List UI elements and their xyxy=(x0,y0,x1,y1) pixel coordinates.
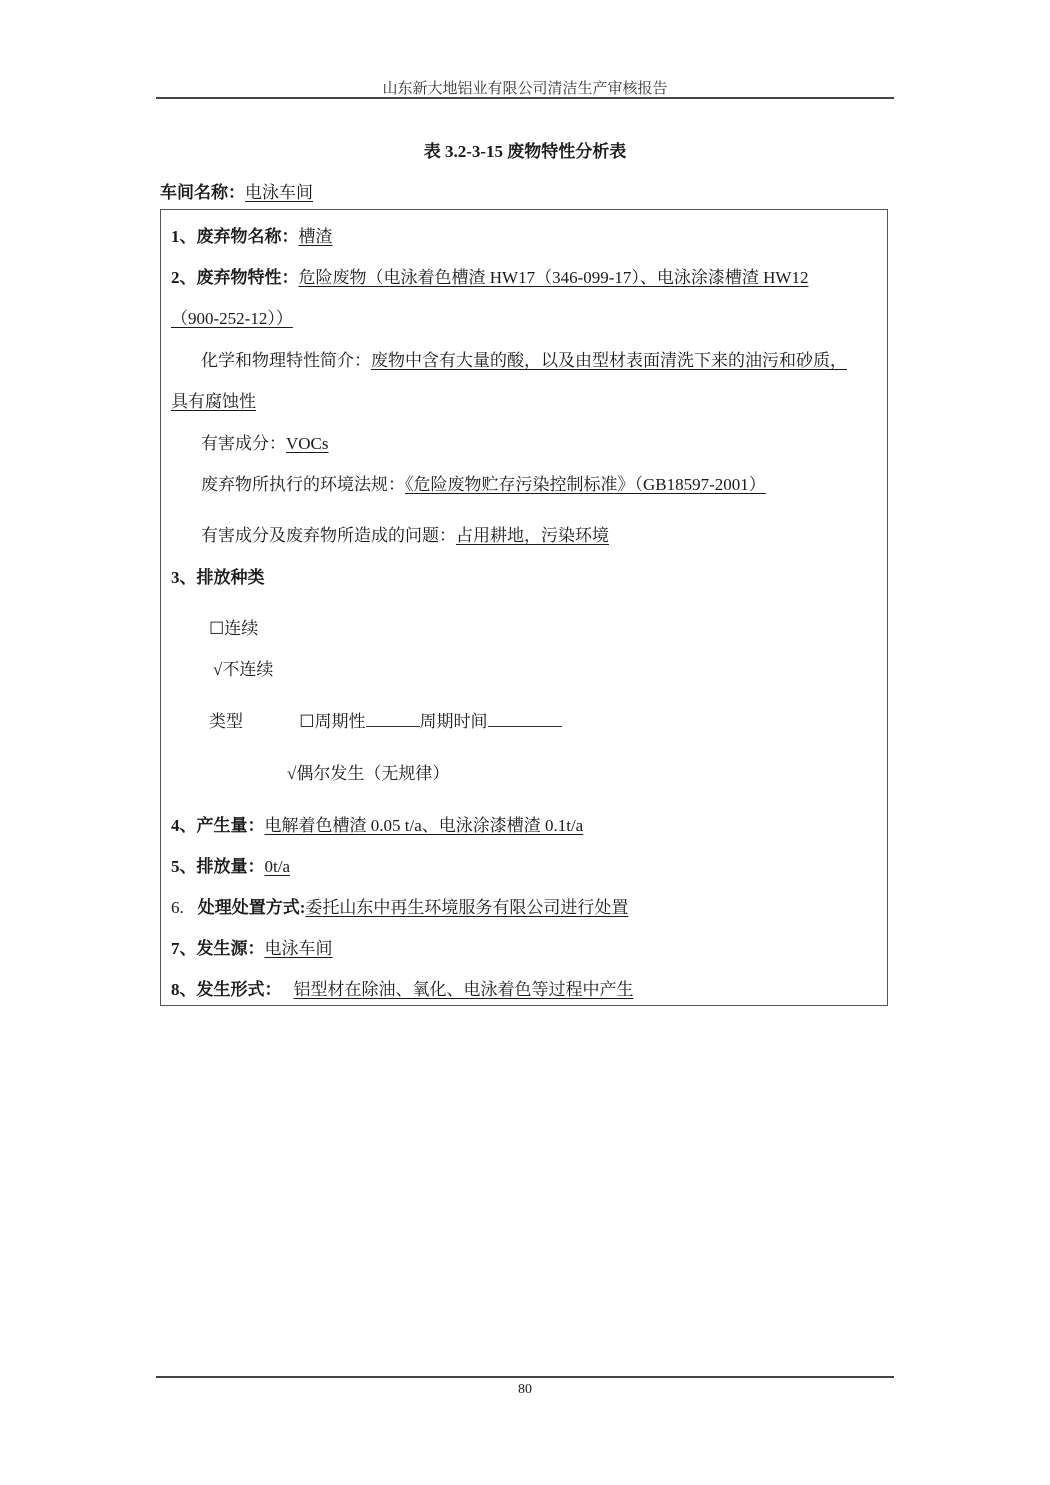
occasional-label: 偶尔发生（无规律） xyxy=(296,764,449,783)
disposal-value: 委托山东中再生环境服务有限公司进行处置 xyxy=(305,898,628,917)
regulation-label: 废弃物所执行的环境法规： xyxy=(201,475,405,494)
harmful-value: VOCs xyxy=(286,434,329,453)
discontinuous-option: √不连续 xyxy=(213,655,273,680)
regulation-value: 《危险废物贮存污染控制标准》（GB18597-2001） xyxy=(405,475,766,494)
occasional-option: √偶尔发生（无规律） xyxy=(287,759,449,784)
periodic-blank xyxy=(366,710,420,727)
production-row: 4、产生量：电解着色槽渣 0.05 t/a、电泳涂漆槽渣 0.1t/a xyxy=(171,811,583,836)
emission-label: 5、排放量： xyxy=(171,857,265,876)
continuous-option: ☐连续 xyxy=(209,614,258,639)
problems-row: 有害成分及废弃物所造成的问题：占用耕地，污染环境 xyxy=(201,521,609,546)
workshop-field: 车间名称：电泳车间 xyxy=(160,178,313,203)
form-label: 8、发生形式： xyxy=(171,980,282,999)
disposal-number: 6. xyxy=(171,898,184,917)
source-row: 7、发生源：电泳车间 xyxy=(171,934,333,959)
table-title: 表 3.2-3-15 废物特性分析表 xyxy=(0,137,1050,162)
discharge-type-heading: 3、排放种类 xyxy=(171,563,265,588)
chem-intro-value-line1: 废物中含有大量的酸，以及由型材表面清洗下来的油污和砂质， xyxy=(371,351,847,370)
waste-property-row: 2、废弃物特性：危险废物（电泳着色槽渣 HW17（346-099-17）、电泳涂… xyxy=(171,263,808,288)
waste-property-value-line2: （900-252-12）） xyxy=(171,309,293,328)
workshop-value: 电泳车间 xyxy=(245,183,313,202)
chem-intro-label: 化学和物理特性简介： xyxy=(201,351,371,370)
emission-value: 0t/a xyxy=(265,857,291,876)
waste-name-label: 1、废弃物名称： xyxy=(171,227,299,246)
form-value: 铝型材在除油、氧化、电泳着色等过程中产生 xyxy=(282,980,646,999)
checkbox-unchecked-icon: ☐ xyxy=(299,712,314,731)
type-row: 类型 ☐周期性周期时间 xyxy=(209,707,562,732)
chem-intro-value-line2: 具有腐蚀性 xyxy=(171,392,256,411)
disposal-row: 6.处理处置方式:委托山东中再生环境服务有限公司进行处置 xyxy=(171,893,628,918)
production-label: 4、产生量： xyxy=(171,816,265,835)
chem-intro-row-cont: 具有腐蚀性 xyxy=(171,387,256,412)
disposal-label: 处理处置方式: xyxy=(198,898,306,917)
checkbox-unchecked-icon: ☐ xyxy=(209,619,224,638)
waste-property-label: 2、废弃物特性： xyxy=(171,268,299,287)
period-time-blank xyxy=(488,710,562,727)
report-header: 山东新大地铝业有限公司清洁生产审核报告 xyxy=(0,77,1050,98)
emission-row: 5、排放量：0t/a xyxy=(171,852,290,877)
header-divider xyxy=(156,97,894,99)
waste-property-row-cont: （900-252-12）） xyxy=(171,304,293,329)
waste-property-value-line1: 危险废物（电泳着色槽渣 HW17（346-099-17）、电泳涂漆槽渣 HW12 xyxy=(299,268,809,287)
harmful-row: 有害成分：VOCs xyxy=(201,429,329,454)
footer-divider xyxy=(156,1376,894,1378)
period-time-label: 周期时间 xyxy=(420,712,488,731)
discontinuous-label: 不连续 xyxy=(222,660,273,679)
continuous-label: 连续 xyxy=(224,619,258,638)
waste-name-value: 槽渣 xyxy=(299,227,333,246)
form-row: 8、发生形式：铝型材在除油、氧化、电泳着色等过程中产生 xyxy=(171,975,646,1000)
periodic-label: 周期性 xyxy=(315,712,366,731)
page-number: 80 xyxy=(0,1382,1050,1398)
type-label: 类型 xyxy=(209,712,243,731)
chem-intro-row: 化学和物理特性简介：废物中含有大量的酸，以及由型材表面清洗下来的油污和砂质， xyxy=(201,346,847,371)
source-value: 电泳车间 xyxy=(265,939,333,958)
problems-value: 占用耕地，污染环境 xyxy=(456,526,609,545)
source-label: 7、发生源： xyxy=(171,939,265,958)
regulation-row: 废弃物所执行的环境法规：《危险废物贮存污染控制标准》（GB18597-2001） xyxy=(201,470,766,495)
harmful-label: 有害成分： xyxy=(201,434,286,453)
checkmark-icon: √ xyxy=(213,660,222,679)
problems-label: 有害成分及废弃物所造成的问题： xyxy=(201,526,456,545)
waste-name-row: 1、废弃物名称：槽渣 xyxy=(171,222,333,247)
checkmark-icon: √ xyxy=(287,764,296,783)
workshop-label: 车间名称： xyxy=(160,183,245,202)
production-value: 电解着色槽渣 0.05 t/a、电泳涂漆槽渣 0.1t/a xyxy=(265,816,584,835)
waste-characteristics-table: 1、废弃物名称：槽渣 2、废弃物特性：危险废物（电泳着色槽渣 HW17（346-… xyxy=(160,209,888,1006)
